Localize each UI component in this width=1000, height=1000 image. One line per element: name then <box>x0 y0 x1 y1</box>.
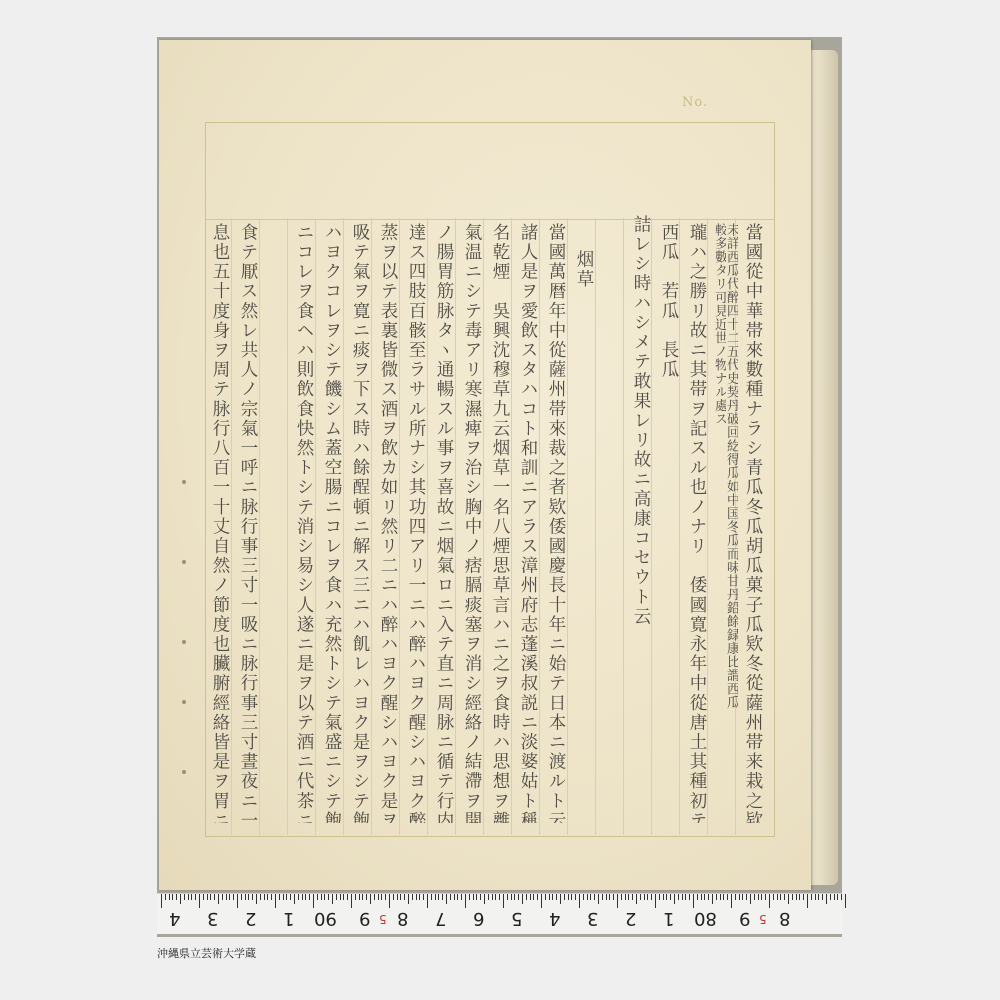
text-column: ニコレヲ食ヘハ則飲食快然トシテ消シ易シ人遂ニ是ヲ以テ酒ニ代茶ニ代テ終日是ヲ <box>293 223 315 823</box>
ruler-tick <box>419 894 420 900</box>
ruler-label: 7 <box>435 908 446 929</box>
ruler-tick <box>286 894 287 900</box>
section-heading-tobacco: 烟草 <box>573 250 595 310</box>
ruler-label: 4 <box>169 908 180 929</box>
ruler-tick <box>613 894 614 900</box>
ruler-label: 5 <box>511 908 522 929</box>
ruler-tick <box>450 894 451 900</box>
ruler-tick <box>184 894 185 900</box>
column-rule <box>231 218 232 835</box>
ruler-tick <box>260 894 261 900</box>
ruler-tick <box>324 894 325 900</box>
ruler-tick <box>537 894 538 900</box>
column-rule <box>343 218 344 835</box>
ruler-tick <box>818 894 819 900</box>
ruler-tick <box>305 894 306 900</box>
ruler-tick <box>161 894 162 908</box>
ruler-tick <box>541 894 542 908</box>
ruler-tick <box>784 894 785 900</box>
column-rule <box>399 218 400 835</box>
ruler-tick <box>796 894 797 900</box>
ruler-tick <box>602 894 603 900</box>
ruler-tick <box>640 894 641 900</box>
ruler-tick <box>606 894 607 900</box>
ruler-tick <box>438 894 439 900</box>
text-column: 當國萬暦年中從薩州帯來裁之者欵倭國慶長十年ニ始テ日本ニ渡ルト云フ其後 <box>545 223 567 823</box>
ruler-tick <box>416 894 417 900</box>
ruler-tick <box>758 894 759 900</box>
ruler-tick <box>229 894 230 900</box>
ruler-tick <box>773 894 774 900</box>
measurement-ruler: 4 3 2 1 90 9 5 8 7 6 5 4 3 2 1 80 9 5 8 <box>157 893 842 934</box>
ruler-tick <box>663 894 664 900</box>
ruler-tick <box>742 894 743 900</box>
ruler-tick <box>659 894 660 900</box>
ruler-tick <box>264 894 265 900</box>
ruler-tick <box>735 894 736 900</box>
ruler-tick <box>195 894 196 900</box>
ruler-tick <box>503 894 504 908</box>
ruler-tick <box>351 894 352 908</box>
ruler-tick <box>343 894 344 900</box>
header-rule <box>206 219 774 220</box>
ruler-tick <box>811 894 812 900</box>
ruler-tick <box>389 894 390 908</box>
column-rule <box>595 218 596 835</box>
ruler-tick <box>826 894 827 904</box>
column-rule <box>427 218 428 835</box>
ruler-tick <box>340 894 341 900</box>
text-column: 氣温ニシテ毒アリ寒濕痺ヲ治シ胸中ノ痞膈痰塞ヲ消シ經絡ノ結滯ヲ開ク人 <box>461 223 483 823</box>
text-column: 吸テ氣ヲ寛ニ痰ヲ下ス時ハ餘酲頓ニ解ス三ニハ飢レハヨク是ヲシテ飽シム四ニハ飽 <box>349 223 371 823</box>
ruler-tick <box>666 894 667 900</box>
ruler-tick <box>628 894 629 900</box>
binding-hole <box>182 640 186 644</box>
ruler-tick <box>507 894 508 900</box>
ruler-tick <box>685 894 686 900</box>
text-column: 蒸ヲ以テ表裏皆微ス酒ヲ飲カ如リ然リ二ニハ醉ハヨク醒シハヨク是ヲシテ醒シム蓋醉後ニ… <box>377 223 399 823</box>
ruler-tick <box>526 894 527 900</box>
ruler-tick <box>378 894 379 900</box>
ruler-tick <box>484 894 485 904</box>
text-column: 瓏ハ之勝リ故ニ其帯ヲ記スル也ノナリ 倭國寛永年中從唐土其種初テ来也 <box>686 223 708 823</box>
ruler-tick <box>256 894 257 904</box>
ruler-tick <box>480 894 481 900</box>
ruler-tick <box>408 894 409 904</box>
ruler-tick <box>716 894 717 900</box>
ruler-tick <box>362 894 363 900</box>
ruler-tick <box>651 894 652 900</box>
ruler-tick <box>514 894 515 900</box>
text-column: ノ腸胃筋脉タヽ通暢スル事ヲ喜故ニ烟氣ロニ入テ直ニ周脉ニ循テ行内ヨリ外ニ <box>433 223 455 823</box>
column-rule <box>483 218 484 835</box>
ruler-tick <box>807 894 808 908</box>
ruler-tick <box>442 894 443 900</box>
ruler-tick <box>834 894 835 900</box>
ruler-tick <box>788 894 789 904</box>
ruler-tick <box>815 894 816 900</box>
ruler-tick <box>556 894 557 900</box>
column-rule <box>623 218 624 835</box>
ruler-tick <box>180 894 181 904</box>
ruler-tick <box>530 894 531 900</box>
ruler-tick <box>708 894 709 900</box>
ruler-tick <box>495 894 496 900</box>
ruler-tick <box>636 894 637 904</box>
ruler-label: 80 <box>694 908 717 929</box>
ruler-tick <box>632 894 633 900</box>
ruler-tick <box>347 894 348 900</box>
ruler-label: 8 <box>397 908 408 929</box>
ruler-tick <box>720 894 721 900</box>
ruler-tick <box>400 894 401 900</box>
ruler-tick <box>731 894 732 908</box>
ruler-tick <box>381 894 382 900</box>
ruler-label: 2 <box>625 908 636 929</box>
ruler-tick <box>370 894 371 904</box>
ruler-tick <box>655 894 656 908</box>
collection-caption: 沖縄県立芸術大学蔵 <box>157 945 256 961</box>
ruler-tick <box>309 894 310 900</box>
ruler-tick <box>191 894 192 900</box>
ruler-tick <box>393 894 394 900</box>
ruler-tick <box>279 894 280 900</box>
ruler-tick <box>727 894 728 900</box>
ruler-tick <box>355 894 356 900</box>
ruler-tick <box>210 894 211 900</box>
ruler-tick <box>423 894 424 900</box>
binding-hole <box>182 770 186 774</box>
ruler-tick <box>670 894 671 900</box>
ruler-tick <box>207 894 208 900</box>
ruler-tick <box>518 894 519 900</box>
ruler-tick <box>522 894 523 904</box>
ruler-tick <box>739 894 740 900</box>
ruler-tick <box>488 894 489 900</box>
ruler-tick <box>457 894 458 900</box>
ruler-tick <box>290 894 291 900</box>
ruler-tick <box>533 894 534 900</box>
ruler-tick <box>647 894 648 900</box>
ruler-tick <box>412 894 413 900</box>
ruler-tick <box>245 894 246 900</box>
ruler-tick <box>560 894 561 904</box>
ruler-tick <box>332 894 333 904</box>
column-rule <box>511 218 512 835</box>
ruler-tick <box>693 894 694 908</box>
ruler-label: 8 <box>779 908 790 929</box>
ruler-tick <box>587 894 588 900</box>
column-rule <box>315 218 316 835</box>
ruler-tick <box>678 894 679 900</box>
text-column: 達ス四肢百骸至ラサル所ナシ其功四アリ一ニハ醉ハヨク醒シハヨク醉シム醒ハ氣其薫 <box>405 223 427 823</box>
column-rule <box>259 218 260 835</box>
ruler-tick <box>689 894 690 900</box>
ruler-tick <box>746 894 747 900</box>
column-rule <box>539 218 540 835</box>
ruler-label: 9 <box>359 908 370 929</box>
binding-hole <box>182 480 186 484</box>
ruler-tick <box>427 894 428 908</box>
ruler-tick <box>545 894 546 900</box>
ruler-tick <box>682 894 683 900</box>
ruler-tick <box>169 894 170 900</box>
ruler-tick <box>750 894 751 904</box>
ruler-tick <box>317 894 318 900</box>
text-column: 當國從中華帯來數種ナラシ青瓜冬瓜胡瓜菓子瓜欵冬從薩州帯来栽之欵年代 <box>742 223 764 823</box>
ruler-label: 1 <box>663 908 674 929</box>
ruler-tick <box>366 894 367 900</box>
ruler-tick <box>237 894 238 908</box>
ruler-tick <box>625 894 626 900</box>
ruler-label: 9 <box>739 908 750 929</box>
ruler-tick <box>275 894 276 908</box>
ruler-tick <box>176 894 177 900</box>
ruler-tick <box>473 894 474 900</box>
ruler-tick <box>199 894 200 908</box>
ruler-tick <box>575 894 576 900</box>
text-column: 諸人是ヲ愛飲スタハコト和訓ニアラス漳州府志蓬溪叔説ニ淡婆姑ト稱ス本草滙註 <box>517 223 539 823</box>
text-column: 詰レシ時ハシメテ敢果レリ故ニ高康コセウト云 <box>630 215 652 815</box>
ruler-tick <box>571 894 572 900</box>
binding-hole <box>182 700 186 704</box>
ruler-tick <box>777 894 778 900</box>
ruler-label: 3 <box>207 908 218 929</box>
ruler-tick <box>549 894 550 900</box>
ruler-tick <box>385 894 386 900</box>
ruler-tick <box>328 894 329 900</box>
ruler-tick <box>252 894 253 900</box>
section-heading-melons: 西瓜 若瓜 長瓜 <box>658 223 680 423</box>
ruler-tick <box>564 894 565 900</box>
ruler-tick <box>552 894 553 900</box>
ruler-tick <box>397 894 398 900</box>
ruler-tick <box>435 894 436 900</box>
ruler-tick <box>583 894 584 900</box>
ruler-tick <box>822 894 823 900</box>
ruler-tick <box>674 894 675 904</box>
text-column: 息也五十度身ヲ周テ脉行八百一十丈自然ノ節度也臟腑經絡皆是ヲ胃ニウク <box>209 223 231 823</box>
ruler-tick <box>723 894 724 900</box>
ruler-tick <box>298 894 299 900</box>
ruler-red-mark: 5 <box>379 912 387 926</box>
ruler-tick <box>598 894 599 904</box>
ruler-tick <box>476 894 477 900</box>
ruler-tick <box>248 894 249 900</box>
ruler-tick <box>446 894 447 904</box>
ruler-tick <box>697 894 698 900</box>
ruler-tick <box>267 894 268 900</box>
ruler-label: 2 <box>245 908 256 929</box>
ruler-red-mark: 5 <box>759 912 767 926</box>
ruler-tick <box>374 894 375 900</box>
ruler-label: 1 <box>283 908 294 929</box>
ruler-tick <box>621 894 622 900</box>
ruler-tick <box>769 894 770 908</box>
ruler-tick <box>799 894 800 900</box>
column-rule <box>455 218 456 835</box>
ruler-tick <box>590 894 591 900</box>
ruler-tick <box>704 894 705 900</box>
ruler-tick <box>841 894 842 900</box>
ruler-tick <box>780 894 781 900</box>
ruler-tick <box>203 894 204 900</box>
text-column: 食テ厭ス然レ共人ノ宗氣一呼ニ脉行事三寸一吸ニ脉行事三寸晝夜ニ一萬三千五百 <box>237 223 259 823</box>
ruler-tick <box>283 894 284 900</box>
ruler-tick <box>454 894 455 900</box>
ruler-tick <box>359 894 360 900</box>
ruler-tick <box>761 894 762 900</box>
ruler-tick <box>465 894 466 908</box>
ruler-tick <box>845 894 846 908</box>
ruler-tick <box>492 894 493 900</box>
ruler-tick <box>172 894 173 900</box>
ruler-tick <box>431 894 432 900</box>
ruler-tick <box>837 894 838 900</box>
ruler-tick <box>241 894 242 900</box>
ruler-tick <box>499 894 500 900</box>
ruler-tick <box>294 894 295 904</box>
ruler-tick <box>469 894 470 900</box>
ruler-tick <box>568 894 569 900</box>
ruler-label: 3 <box>587 908 598 929</box>
column-rule <box>567 218 568 835</box>
ruler-tick <box>188 894 189 900</box>
page-number-label: No. <box>682 95 708 110</box>
ruler-tick <box>461 894 462 900</box>
ruler-tick <box>765 894 766 900</box>
ruler-tick <box>404 894 405 900</box>
ruler-tick <box>218 894 219 904</box>
ruler-tick <box>214 894 215 900</box>
ruler-tick <box>226 894 227 900</box>
ruler-tick <box>233 894 234 900</box>
ruler-tick <box>579 894 580 908</box>
ruler-tick <box>302 894 303 900</box>
ruler-tick <box>701 894 702 900</box>
ruler-tick <box>754 894 755 900</box>
ruler-tick <box>271 894 272 900</box>
column-rule <box>371 218 372 835</box>
ruler-tick <box>336 894 337 900</box>
ruler-tick <box>165 894 166 900</box>
binding-hole <box>182 560 186 564</box>
ruler-tick <box>594 894 595 900</box>
ruler-tick <box>313 894 314 908</box>
ruler-tick <box>321 894 322 900</box>
ruler-tick <box>222 894 223 900</box>
ruler-tick <box>644 894 645 900</box>
ruler-tick <box>803 894 804 900</box>
column-rule <box>287 218 288 835</box>
ruler-tick <box>511 894 512 900</box>
ruler-tick <box>609 894 610 900</box>
ruler-label: 4 <box>549 908 560 929</box>
ruler-tick <box>617 894 618 908</box>
ruler-label: 90 <box>314 908 337 929</box>
text-column: ハヨクコレヲシテ饑シム蓋空腸ニコレヲ食ハ充然トシテ氣盛ニシテ飽カ如シ飽テ後 <box>321 223 343 823</box>
ruler-tick <box>712 894 713 904</box>
text-column: 名乾煙 吳興沈穆草九云烟草一名八煙思草言ハニ之ヲ食時ハ思想ヲ離事アタハス味辛 <box>489 223 511 823</box>
ruler-tick <box>830 894 831 900</box>
ruler-tick <box>792 894 793 900</box>
ruler-label: 6 <box>473 908 484 929</box>
